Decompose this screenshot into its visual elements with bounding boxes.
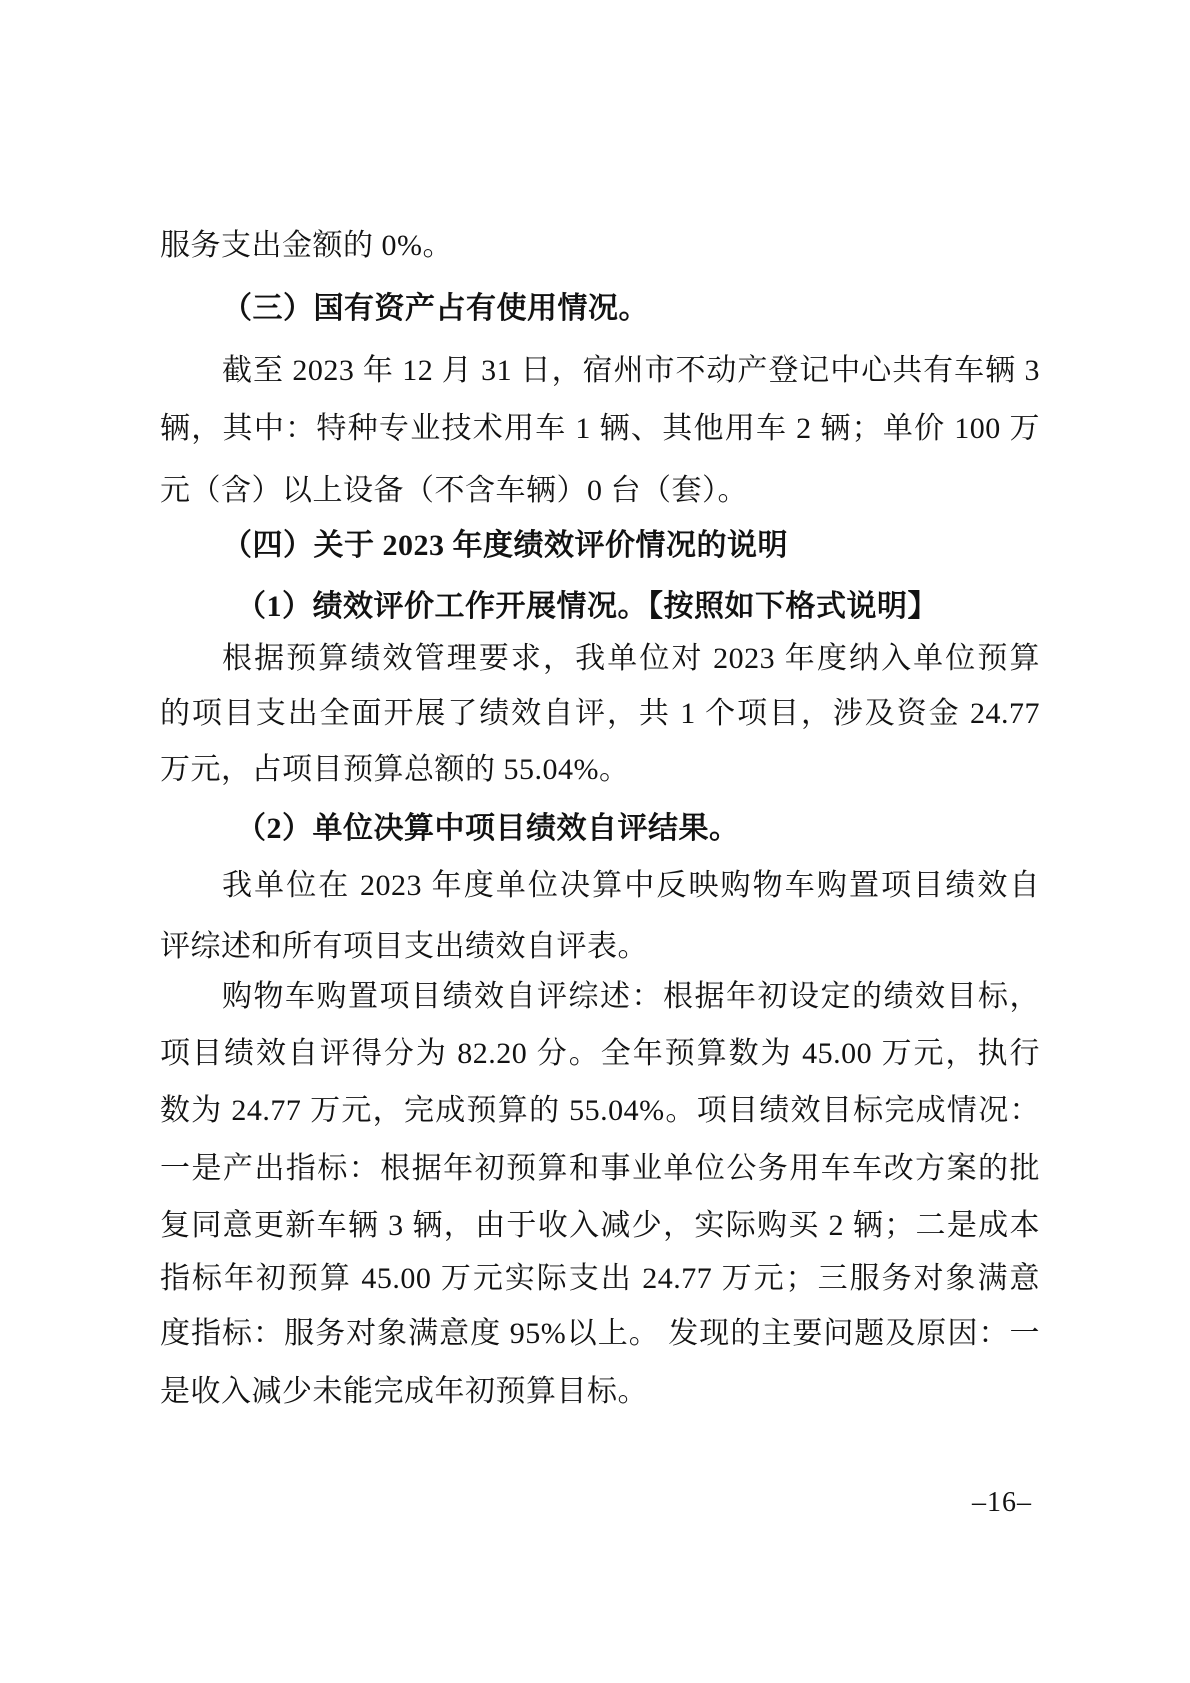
text-line: 我单位在 2023 年度单位决算中反映购物车购置项目绩效自 xyxy=(160,868,1040,904)
text-line: 复同意更新车辆 3 辆，由于收入减少，实际购买 2 辆；二是成本 xyxy=(160,1208,1040,1244)
text-line: 服务支出金额的 0%。 xyxy=(160,228,1040,264)
text-line: 根据预算绩效管理要求，我单位对 2023 年度纳入单位预算 xyxy=(160,641,1040,677)
text-line: 截至 2023 年 12 月 31 日，宿州市不动产登记中心共有车辆 3 xyxy=(160,353,1040,389)
text-line: 指标年初预算 45.00 万元实际支出 24.77 万元；三服务对象满意 xyxy=(160,1261,1040,1297)
section-heading-line: （2）单位决算中项目绩效自评结果。 xyxy=(160,811,1040,847)
text-line: 度指标：服务对象满意度 95%以上。 发现的主要问题及原因：一 xyxy=(160,1316,1040,1352)
section-heading-line: （1）绩效评价工作开展情况。【按照如下格式说明】 xyxy=(160,589,1040,625)
text-line: 辆，其中：特种专业技术用车 1 辆、其他用车 2 辆；单价 100 万 xyxy=(160,411,1040,447)
text-line: 评综述和所有项目支出绩效自评表。 xyxy=(160,929,1040,965)
section-heading-line: （三）国有资产占有使用情况。 xyxy=(160,291,1040,327)
text-line: 一是产出指标：根据年初预算和事业单位公务用车车改方案的批 xyxy=(160,1151,1040,1187)
text-line: 项目绩效自评得分为 82.20 分。全年预算数为 45.00 万元，执行 xyxy=(160,1036,1040,1072)
text-line: 元（含）以上设备（不含车辆）0 台（套）。 xyxy=(160,473,1040,509)
text-line: 是收入减少未能完成年初预算目标。 xyxy=(160,1374,1040,1410)
text-line: 购物车购置项目绩效自评综述：根据年初设定的绩效目标， xyxy=(160,979,1040,1015)
text-line: 万元，占项目预算总额的 55.04%。 xyxy=(160,752,1040,788)
text-line: 数为 24.77 万元，完成预算的 55.04%。项目绩效目标完成情况： xyxy=(160,1093,1040,1129)
document-page: 服务支出金额的 0%。（三）国有资产占有使用情况。截至 2023 年 12 月 … xyxy=(0,0,1190,1683)
page-number: –16– xyxy=(972,1486,1032,1520)
text-line: 的项目支出全面开展了绩效自评，共 1 个项目，涉及资金 24.77 xyxy=(160,696,1040,732)
section-heading-line: （四）关于 2023 年度绩效评价情况的说明 xyxy=(160,528,1040,564)
